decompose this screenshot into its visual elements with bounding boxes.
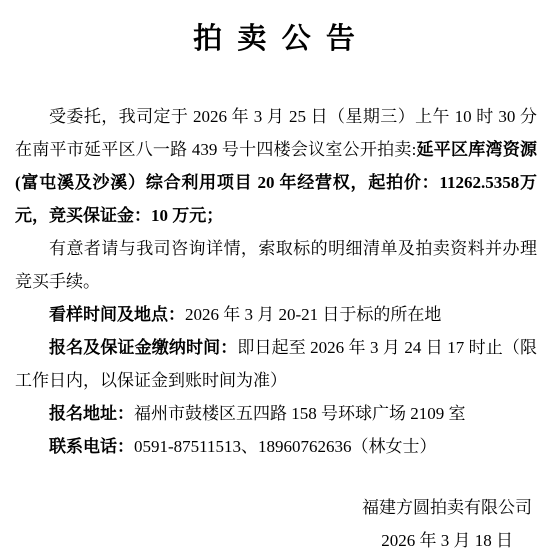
- intro-paragraph: 受委托，我司定于 2026 年 3 月 25 日（星期三）上午 10 时 30 …: [15, 100, 537, 232]
- signature-block: 福建方圆拍卖有限公司 2026 年 3 月 18 日: [15, 491, 537, 557]
- registration-address-text: 福州市鼓楼区五四路 158 号环球广场 2109 室: [134, 404, 466, 423]
- detail-line-registration-deadline: 报名及保证金缴纳时间：即日起至 2026 年 3 月 24 日 17 时止（限工…: [15, 331, 537, 397]
- auction-notice-document: 拍 卖 公 告 受委托，我司定于 2026 年 3 月 25 日（星期三）上午 …: [0, 0, 551, 560]
- contact-phone-text: 0591-87511513、18960762636（林女士）: [134, 437, 437, 456]
- viewing-time-text: 2026 年 3 月 20-21 日于标的所在地: [185, 305, 441, 324]
- detail-line-contact-phone: 联系电话：0591-87511513、18960762636（林女士）: [15, 430, 537, 463]
- registration-deadline-label: 报名及保证金缴纳时间：: [49, 338, 237, 357]
- viewing-time-label: 看样时间及地点：: [49, 305, 185, 324]
- contact-phone-label: 联系电话：: [49, 437, 134, 456]
- company-name: 福建方圆拍卖有限公司: [15, 491, 537, 524]
- invitation-paragraph: 有意者请与我司咨询详情，索取标的明细清单及拍卖资料并办理竞买手续。: [15, 232, 537, 298]
- signature-date: 2026 年 3 月 18 日: [15, 524, 537, 557]
- detail-line-registration-address: 报名地址：福州市鼓楼区五四路 158 号环球广场 2109 室: [15, 397, 537, 430]
- registration-address-label: 报名地址：: [49, 404, 134, 423]
- notice-body: 受委托，我司定于 2026 年 3 月 25 日（星期三）上午 10 时 30 …: [15, 100, 537, 557]
- detail-line-viewing: 看样时间及地点：2026 年 3 月 20-21 日于标的所在地: [15, 298, 537, 331]
- notice-title: 拍 卖 公 告: [15, 20, 537, 58]
